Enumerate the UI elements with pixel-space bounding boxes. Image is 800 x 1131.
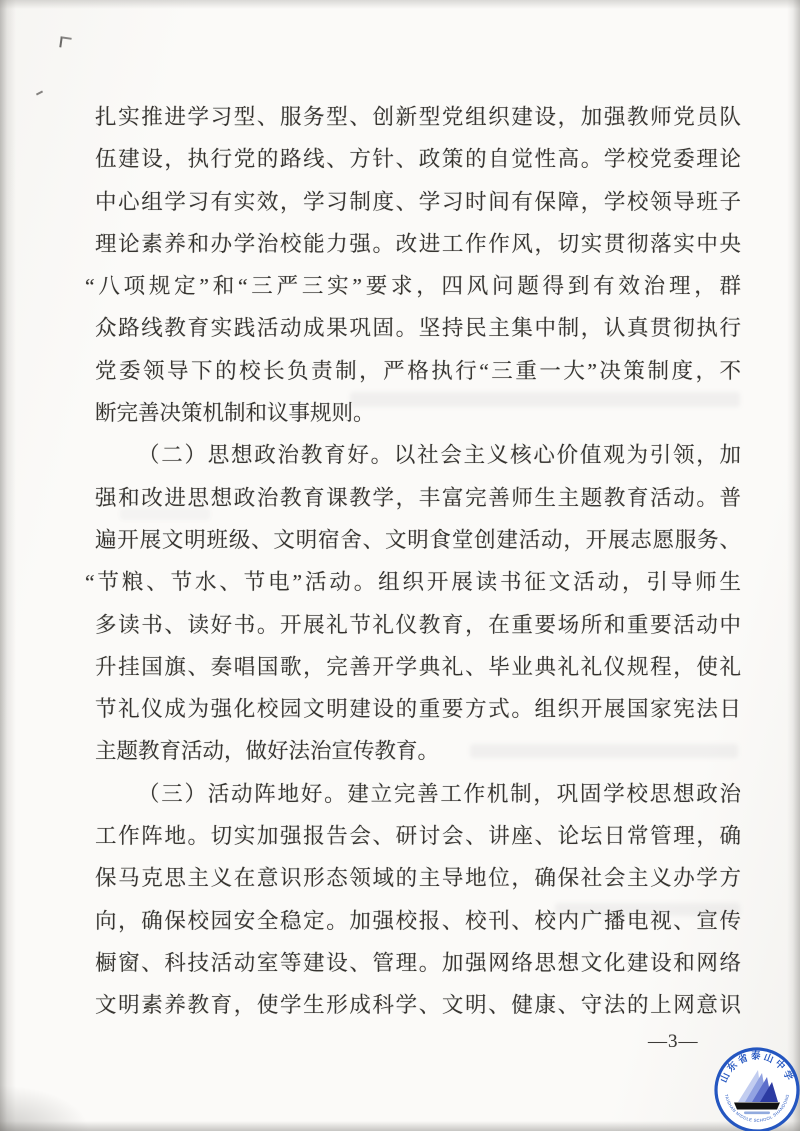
school-seal-logo: 山东省泰山中学 TAISHAN MIDDLE SCHOOL SHANDONG [714, 1047, 800, 1131]
scan-edge-shadow-bottom [0, 1121, 800, 1131]
text-line: 断完善决策机制和议事规则。 [95, 392, 741, 434]
text-line: 扎实推进学习型、服务型、创新型党组织建设，加强教师党员队 [95, 96, 741, 138]
text-line-section-2-heading: （二）思想政治教育好。以社会主义核心价值观为引领，加 [95, 434, 741, 476]
pen-mark [36, 90, 43, 95]
scan-edge-shadow-right [787, 0, 800, 1131]
text-line: 橱窗、科技活动室等建设、管理。加强网络思想文化建设和网络 [95, 942, 741, 984]
text-line: 理论素养和办学治校能力强。改进工作作风，切实贯彻落实中央 [95, 223, 741, 265]
text-line: 向，确保校园安全稳定。加强校报、校刊、校内广播电视、宣传 [95, 900, 741, 942]
text-line: 工作阵地。切实加强报告会、研讨会、讲座、论坛日常管理，确 [95, 815, 741, 857]
text-line: 主题教育活动，做好法治宣传教育。 [95, 730, 741, 772]
scan-edge-shadow-left [0, 0, 16, 1131]
pen-mark [59, 36, 71, 48]
text-line: 党委领导下的校长负责制，严格执行“三重一大”决策制度，不 [95, 350, 741, 392]
scan-corner-shadow [0, 1085, 90, 1131]
text-line: 中心组学习有实效，学习制度、学习时间有保障，学校领导班子 [95, 181, 741, 223]
text-line: 升挂国旗、奏唱国歌，完善开学典礼、毕业典礼礼仪规程，使礼 [95, 646, 741, 688]
text-line-section-3-heading: （三）活动阵地好。建立完善工作机制，巩固学校思想政治 [95, 773, 741, 815]
scanned-document-page: 扎实推进学习型、服务型、创新型党组织建设，加强教师党员队 伍建设，执行党的路线、… [0, 0, 800, 1131]
text-line: 节礼仪成为强化校园文明建设的重要方式。组织开展国家宪法日 [95, 688, 741, 730]
text-line: “节粮、节水、节电”活动。组织开展读书征文活动，引导师生 [85, 561, 741, 603]
text-line: 多读书、读好书。开展礼节礼仪教育，在重要场所和重要活动中 [95, 604, 741, 646]
text-line: 遍开展文明班级、文明宿舍、文明食堂创建活动，开展志愿服务、 [95, 519, 741, 561]
text-line: 保马克思主义在意识形态领域的主导地位，确保社会主义办学方 [95, 857, 741, 899]
document-body-text: 扎实推进学习型、服务型、创新型党组织建设，加强教师党员队 伍建设，执行党的路线、… [95, 96, 741, 1027]
text-line: 众路线教育实践活动成果巩固。坚持民主集中制，认真贯彻执行 [95, 307, 741, 349]
text-line: “八项规定”和“三严三实”要求，四风问题得到有效治理，群 [85, 265, 741, 307]
text-line: 伍建设，执行党的路线、方针、政策的自觉性高。学校党委理论 [95, 138, 741, 180]
text-line: 强和改进思想政治教育课教学，丰富完善师生主题教育活动。普 [95, 477, 741, 519]
text-line: 文明素养教育，使学生形成科学、文明、健康、守法的上网意识 [95, 984, 741, 1026]
scan-edge-shadow-top [0, 0, 800, 9]
